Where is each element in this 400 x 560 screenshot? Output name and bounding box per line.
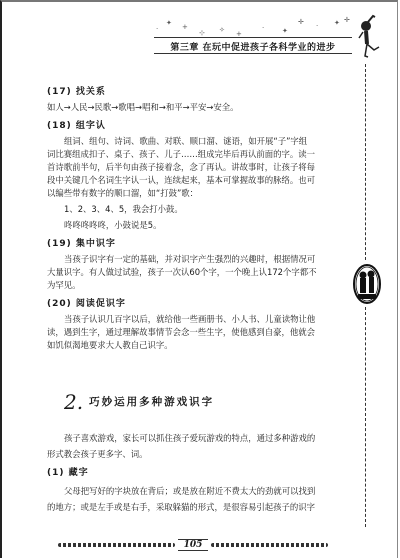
section-heading-20: (20) 阅读促识字 — [47, 295, 327, 313]
body-line: 首诗歌前半句，后半句由孩子接着念，念了再认。讲故事时，让孩子将每 — [47, 161, 327, 174]
section-heading-18: (18) 组字认 — [47, 117, 327, 135]
running-child-icon — [354, 14, 384, 64]
body-line: 大量识字。有人做过试验，孩子一次认60个字，一个晚上认172个字都不 — [47, 266, 327, 279]
body-line: 的地方；或是左手或是右手，采取躲猫的形式，是很容易引起孩子的识字 — [47, 501, 327, 514]
body-line: 当孩子识字有一定的基础，并对识字产生强烈的兴趣时，根据情况可 — [47, 253, 327, 266]
major-section-title: 巧妙运用多种游戏识字 — [89, 396, 214, 409]
page-body: (17) 找关系 如人→人民→民歌→歌唱→唱和→和平→平安→安全。 (18) 组… — [47, 83, 327, 514]
body-line: 读，遇到生字，通过理解故事情节会念一些生字，使他感到自豪，他就会 — [47, 326, 327, 339]
chapter-title: 第三章 在玩中促进孩子各科学业的进步 — [154, 40, 352, 53]
page-footer: 105 — [58, 538, 328, 552]
header-rule — [154, 37, 352, 38]
margin-dashed-line — [365, 64, 366, 260]
body-line: 当孩子认识几百字以后，就给他一些画册书、小人书、儿童读物让他 — [47, 313, 327, 326]
header-rule — [154, 53, 352, 54]
page-number: 105 — [178, 539, 209, 551]
running-header: · ✦ + ⊹ ✧ + · ✦ ✛ · ✦ ✛ 第三章 在玩中促进孩子各科学业的… — [154, 16, 354, 60]
verse-line: 咚咚咚咚咚，小鼓说是5。 — [47, 219, 327, 232]
body-line: 段中关键几个名词生字认一认，连续起来，基本可掌握故事的脉络。也可 — [47, 174, 327, 187]
section-heading-17: (17) 找关系 — [47, 83, 327, 101]
body-line: 以编些带有数字的顺口溜，如“打鼓”歌： — [47, 187, 327, 200]
section-heading-19: (19) 集中识字 — [47, 235, 327, 253]
margin-dashed-line — [365, 307, 366, 527]
body-line: 为罕见。 — [47, 279, 327, 292]
body-line: 孩子喜欢游戏，家长可以抓住孩子爱玩游戏的特点，通过多种游戏的 — [47, 432, 327, 445]
body-line: 词比赛组成扣子、桌子、孩子、儿子……组成完毕后再认前面的字。读一 — [47, 148, 327, 161]
body-line: 形式教会孩子更多字、词。 — [47, 448, 327, 461]
verse-line: 1、2、3、4、5，我会打小鼓。 — [47, 203, 327, 216]
chain-ornament-right — [211, 543, 328, 547]
subsection-heading-1: (1) 藏字 — [47, 464, 327, 482]
stars-decoration-icon: · ✦ + ⊹ ✧ + · ✦ ✛ · ✦ ✛ — [154, 16, 354, 36]
chain-ornament-left — [58, 543, 175, 547]
body-line: 如饥似渴地要求大人教自己识字。 — [47, 339, 327, 352]
body-line: 如人→人民→民歌→歌唱→唱和→和平→平安→安全。 — [47, 101, 327, 114]
major-section-number: 2. — [64, 396, 83, 409]
major-section-heading: 2. 巧妙运用多种游戏识字 — [47, 382, 327, 422]
body-line: 父母把写好的字块放在背后；或是放在附近不费太大的劲就可以找到 — [47, 485, 327, 498]
body-line: 组词、组句、诗词、歌曲、对联、顺口溜、谜语，如开展“子”字组 — [47, 135, 327, 148]
children-reading-medallion-icon — [352, 263, 382, 305]
book-page: · ✦ + ⊹ ✧ + · ✦ ✛ · ✦ ✛ 第三章 在玩中促进孩子各科学业的… — [0, 0, 398, 558]
